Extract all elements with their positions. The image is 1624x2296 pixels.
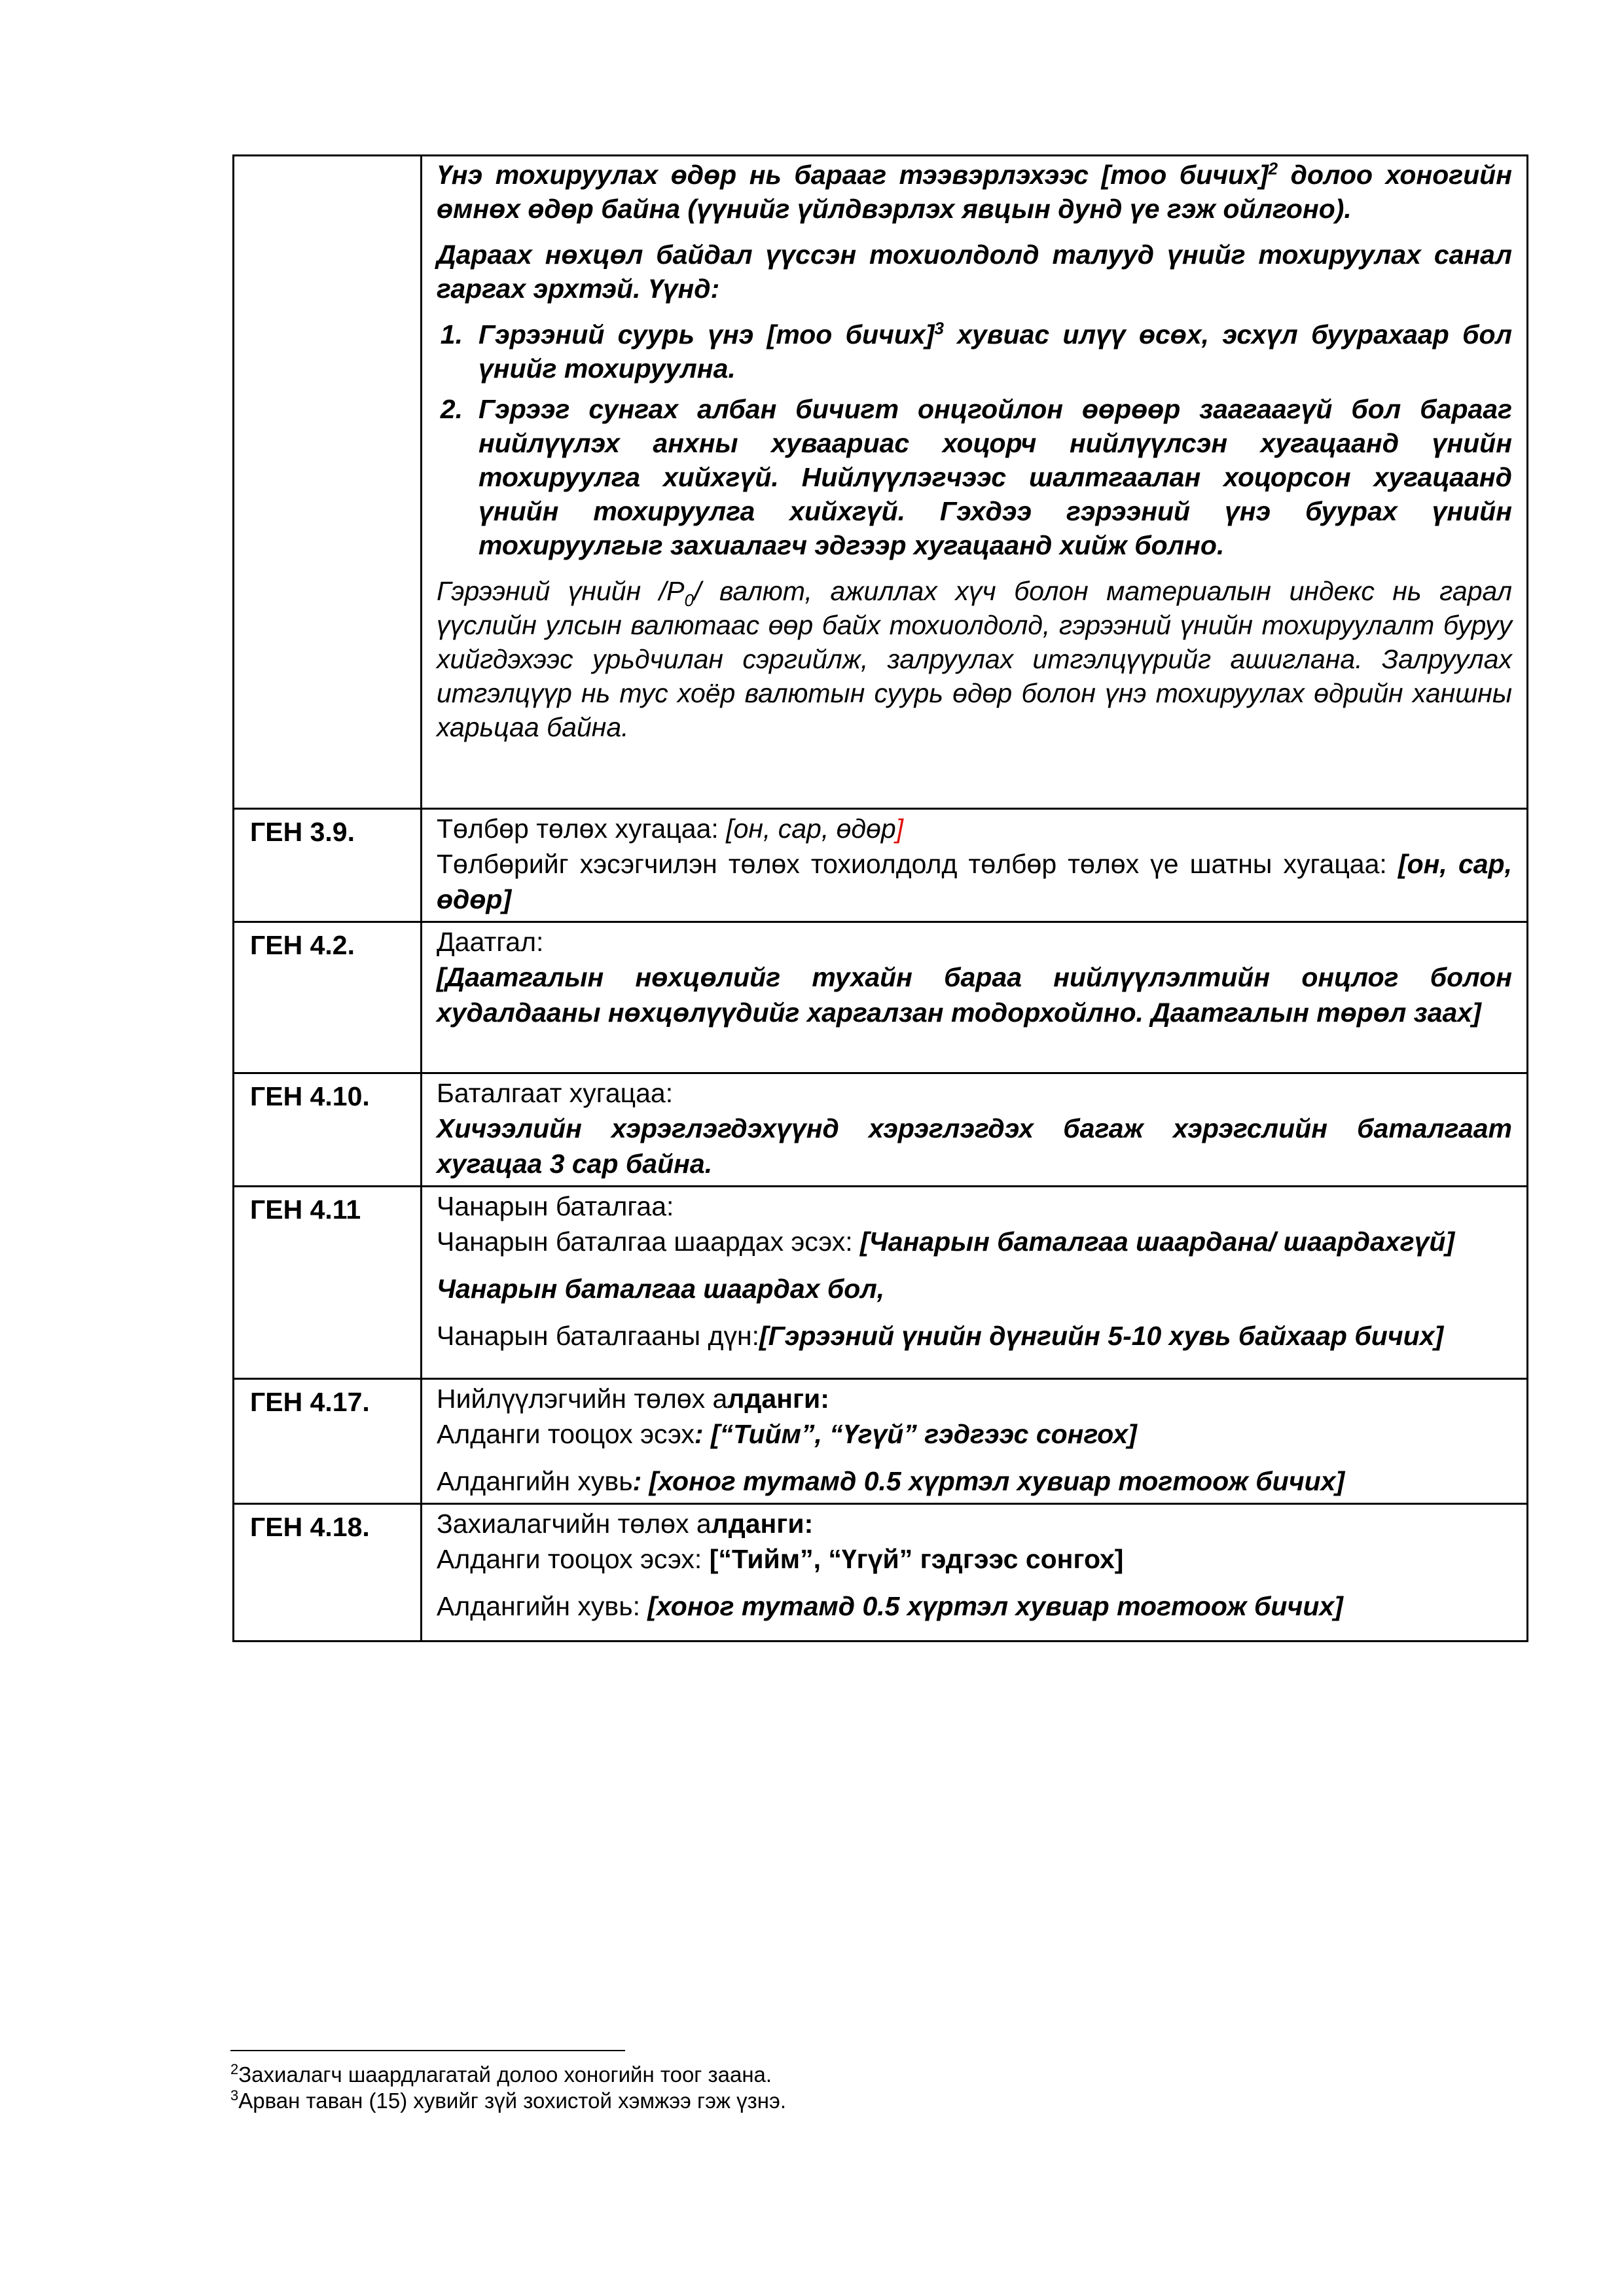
warranty-cell: Баталгаат хугацаа: Хичээлийн хэрэглэгдэх…	[422, 1073, 1528, 1187]
placeholder-field: [Чанарын баталгаа шаардана/ шаардахгүй]	[860, 1227, 1454, 1257]
table-row: ГЕН 4.17. Нийлүүлэгчийн төлөх алданги: А…	[234, 1379, 1528, 1504]
placeholder-field: [Даатгалын нөхцөлийг тухайн бараа нийлүү…	[437, 960, 1512, 1030]
table-row: ГЕН 4.11 Чанарын баталгаа: Чанарын батал…	[234, 1187, 1528, 1379]
row-label: ГЕН 4.10.	[234, 1073, 422, 1187]
currency-correction-paragraph: Гэрээний үнийн /P0/ валют, ажиллах хүч б…	[437, 574, 1512, 744]
list-item: 1. Гэрээний суурь үнэ [тоо бичих]3 хувиа…	[437, 317, 1512, 386]
quality-guarantee-cell: Чанарын баталгаа: Чанарын баталгаа шаард…	[422, 1187, 1528, 1379]
placeholder-field: : [“Тийм”, “Үгүй” гэдгээс сонгох]	[695, 1419, 1137, 1449]
conditions-list: 1. Гэрээний суурь үнэ [тоо бичих]3 хувиа…	[437, 317, 1512, 562]
footnote-ref[interactable]: 3	[934, 318, 943, 338]
row-label	[234, 156, 422, 809]
adjustment-date-paragraph: Үнэ тохируулах өдөр нь барааг тээвэрлэхэ…	[437, 158, 1512, 226]
table-row: ГЕН 4.18. Захиалагчийн төлөх алданги: Ал…	[234, 1504, 1528, 1641]
row-label: ГЕН 4.11	[234, 1187, 422, 1379]
row-label: ГЕН 4.18.	[234, 1504, 422, 1641]
placeholder-field: [“Тийм”, “Үгүй” гэдгээс сонгох]	[710, 1544, 1124, 1574]
placeholder-field: [хоног тутамд 0.5 хүртэл хувиар тогтоож …	[647, 1591, 1343, 1621]
row-label: ГЕН 4.2.	[234, 922, 422, 1073]
placeholder-field: [Гэрээний үнийн дүнгийн 5-10 хувь байхаа…	[759, 1321, 1443, 1351]
price-adjustment-cell: Үнэ тохируулах өдөр нь барааг тээвэрлэхэ…	[422, 156, 1528, 809]
insurance-cell: Даатгал: [Даатгалын нөхцөлийг тухайн бар…	[422, 922, 1528, 1073]
customer-penalty-cell: Захиалагчийн төлөх алданги: Алданги тооц…	[422, 1504, 1528, 1641]
adjustment-conditions-paragraph: Дараах нөхцөл байдал үүссэн тохиолдолд т…	[437, 238, 1512, 306]
supplier-penalty-cell: Нийлүүлэгчийн төлөх алданги: Алданги тоо…	[422, 1379, 1528, 1504]
contract-conditions-table: Үнэ тохируулах өдөр нь барааг тээвэрлэхэ…	[232, 154, 1528, 1642]
table-row: ГЕН 4.2. Даатгал: [Даатгалын нөхцөлийг т…	[234, 922, 1528, 1073]
table-row: Үнэ тохируулах өдөр нь барааг тээвэрлэхэ…	[234, 156, 1528, 809]
footnote-item: 3Арван таван (15) хувийг зүй зохистой хэ…	[230, 2088, 786, 2114]
row-label: ГЕН 4.17.	[234, 1379, 422, 1504]
table-row: ГЕН 3.9. Төлбөр төлөх хугацаа: [он, сар,…	[234, 809, 1528, 922]
placeholder-field: [он, сар, өдөр	[726, 814, 896, 844]
footnote-ref[interactable]: 2	[1269, 158, 1278, 178]
list-item: 2. Гэрээг сунгах албан бичигт онцгойлон …	[437, 392, 1512, 562]
footnote-item: 2Захиалагч шаардлагатай долоо хоногийн т…	[230, 2062, 786, 2088]
placeholder-field: : [хоног тутамд 0.5 хүртэл хувиар тогтоо…	[633, 1466, 1345, 1496]
row-label: ГЕН 3.9.	[234, 809, 422, 922]
footnotes: 2Захиалагч шаардлагатай долоо хоногийн т…	[230, 2062, 786, 2114]
table-row: ГЕН 4.10. Баталгаат хугацаа: Хичээлийн х…	[234, 1073, 1528, 1187]
footnote-separator	[230, 2050, 625, 2051]
payment-term-cell: Төлбөр төлөх хугацаа: [он, сар, өдөр] Тө…	[422, 809, 1528, 922]
